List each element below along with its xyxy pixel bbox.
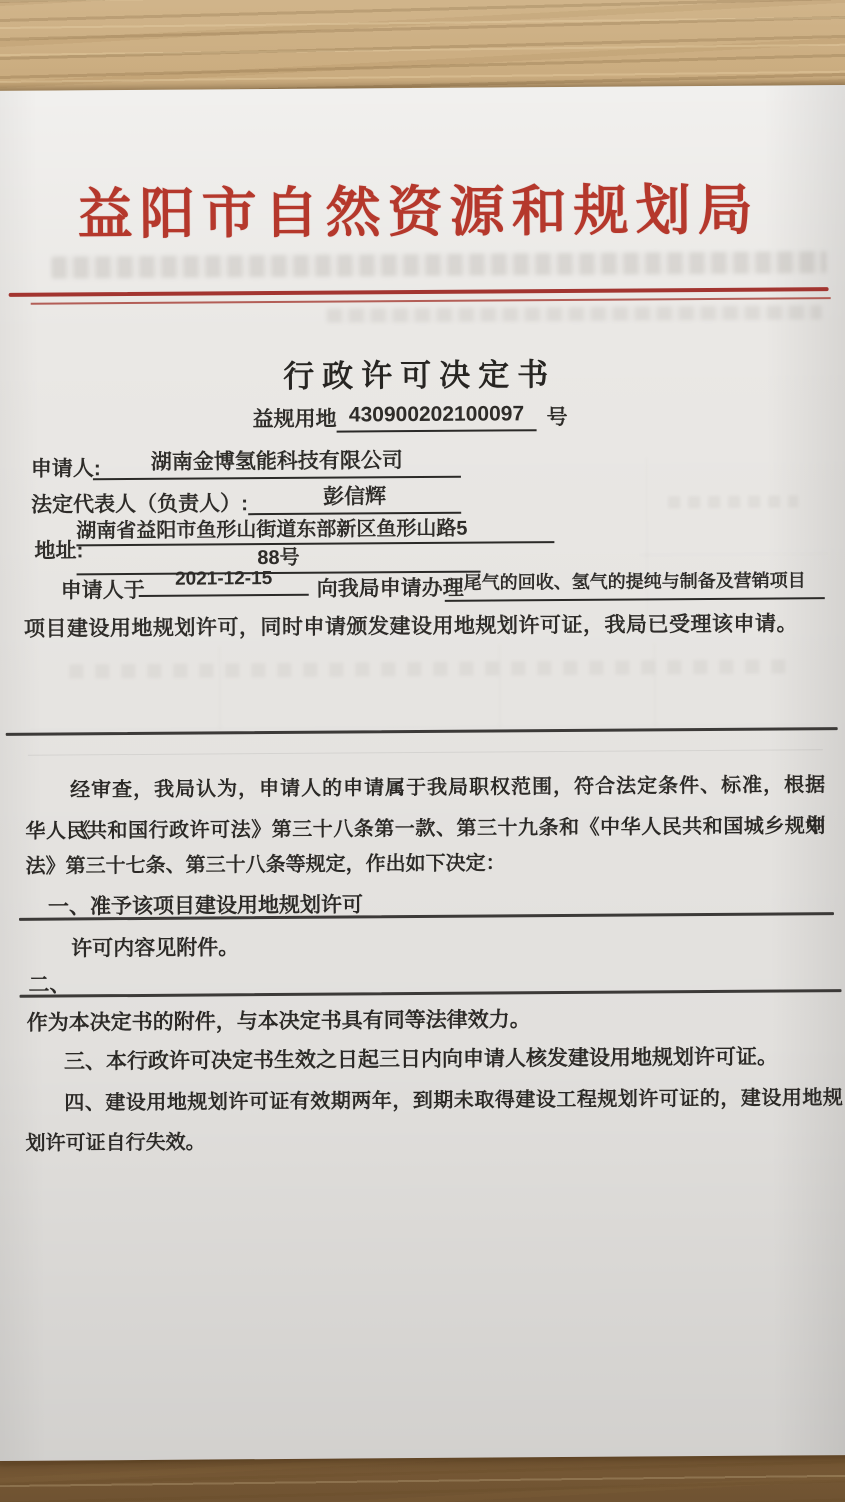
decision-item-1-note: 许可内容见附件。 xyxy=(71,931,239,962)
applied-to-bureau-label: 向我局申请办理 xyxy=(317,572,464,603)
application-date: 2021-12-15 xyxy=(139,568,309,597)
applied-on-label: 申请人于 xyxy=(61,574,145,605)
decision-item-2-note: 作为本决定书的附件，与本决定书具有同等法律效力。 xyxy=(27,1003,531,1037)
red-separator-thin xyxy=(31,297,831,305)
bleed-through-table xyxy=(29,641,820,731)
paper-sheet: 益阳市自然资源和规划局 行政许可决定书 益规用地 430900202100097… xyxy=(0,85,845,1461)
bleed-through-text xyxy=(51,251,826,278)
legal-representative-value: 彭信辉 xyxy=(248,480,461,515)
doc-number-value: 430900202100097 xyxy=(336,402,536,432)
bleed-through-text xyxy=(327,305,822,322)
document-title: 行政许可决定书 xyxy=(0,347,842,398)
faint-ghost-line xyxy=(28,749,823,756)
decision-item-4-line1: 四、建设用地规划许可证有效期两年，到期未取得建设工程规划许可证的，建设用地规 xyxy=(64,1081,843,1115)
applicant-value: 湖南金博氢能科技有限公司 xyxy=(93,444,461,481)
item-underline-2 xyxy=(20,989,842,998)
decision-item-4-line2: 划许可证自行失效。 xyxy=(25,1126,205,1156)
agency-name-header: 益阳市自然资源和规划局 xyxy=(0,165,841,250)
red-separator-thick xyxy=(9,287,829,297)
bleed-through-table xyxy=(638,455,829,636)
decision-paragraph-line3: 法》第三十七条、第三十八条等规定，作出如下决定： xyxy=(26,841,826,888)
document-number-row: 益规用地 430900202100097 号 xyxy=(252,401,567,433)
paper-content: 益阳市自然资源和规划局 行政许可决定书 益规用地 430900202100097… xyxy=(0,85,845,1461)
doc-number-prefix: 益规用地 xyxy=(252,403,336,434)
decision-item-3: 三、本行政许可决定书生效之日起三日内向申请人核发建设用地规划许可证。 xyxy=(64,1041,778,1076)
applicant-label: 申请人: xyxy=(31,452,101,482)
doc-number-suffix: 号 xyxy=(546,401,567,431)
document-photo: 益阳市自然资源和规划局 行政许可决定书 益规用地 430900202100097… xyxy=(0,0,845,1502)
